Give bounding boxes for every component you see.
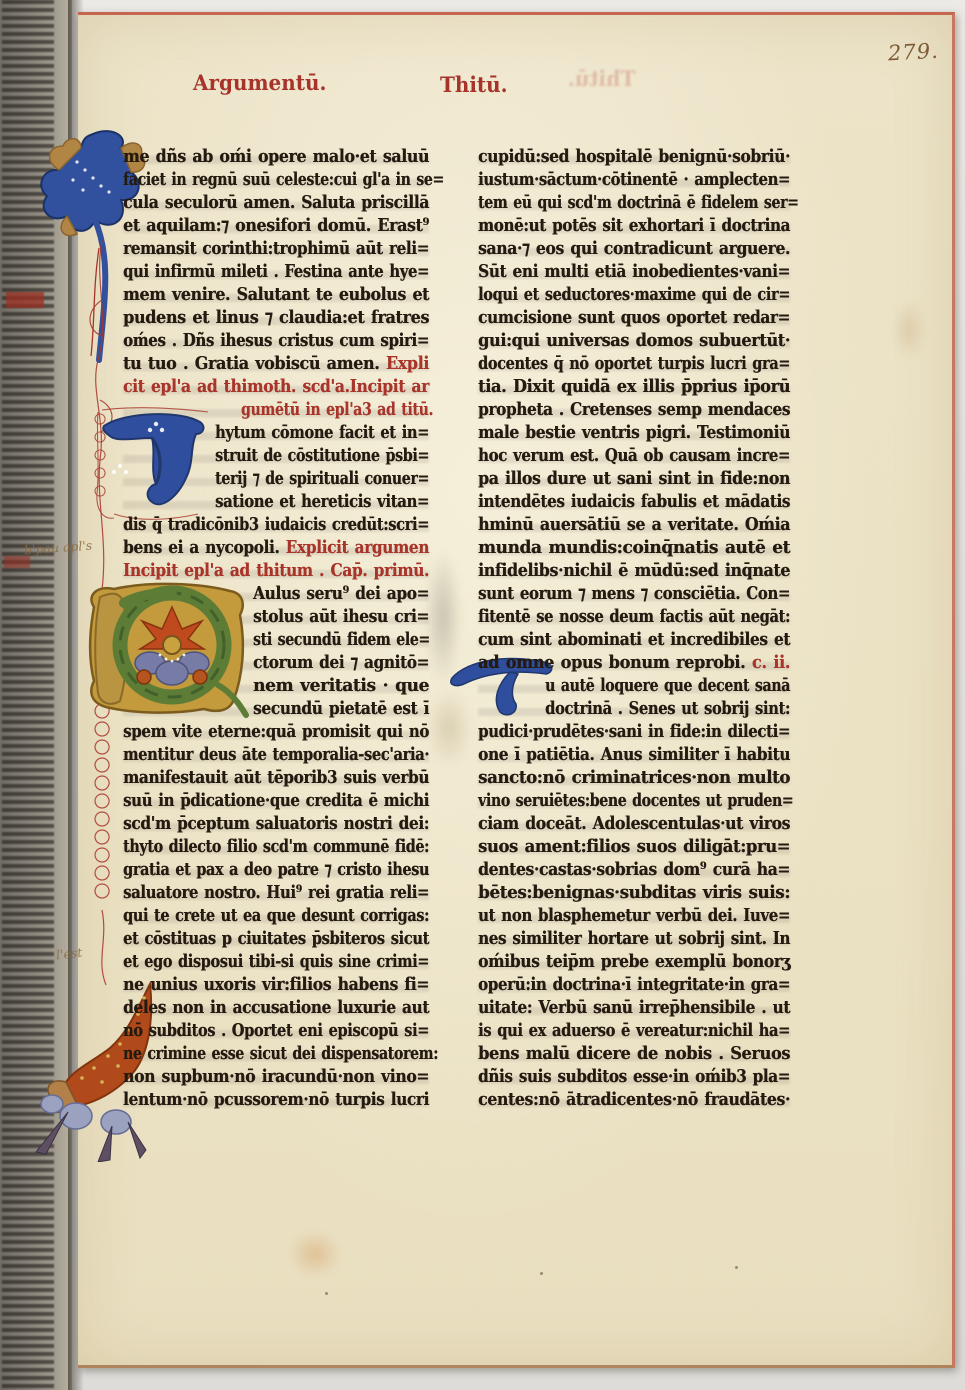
body-text: centes:nō ātradicentes·nō fraudātes· <box>478 1089 790 1110</box>
text-line: Sūt eni multi etiā inobedientes·vani= <box>478 260 790 283</box>
text-line: intendētes iudaicis fabulis et mādatis <box>478 490 790 513</box>
text-line: uitate: Verbū sanū irrep̄hensibile . ut <box>478 996 790 1019</box>
body-text: infidelibs·nichil ē mūdū:sed inq̄nate <box>478 560 790 581</box>
body-text: vino seruiētes:bene docentes ut pruden= <box>478 790 793 811</box>
body-text: doctrinā . Senes ut sobrij sint: <box>545 698 790 719</box>
text-line: me dñs ab oḿi opere malo·et saluū <box>123 145 429 168</box>
ink-speck <box>325 1292 328 1295</box>
body-text: nō subditos . Oportet eni episcopū si= <box>123 1020 429 1041</box>
body-text: Aulus seru⁹ dei apo= <box>253 583 429 604</box>
text-line: ut non blasphemetur verbū dei. Iuve= <box>478 904 790 927</box>
text-column-2: cupidū:sed hospitalē benignū·sobriū·iust… <box>478 145 790 1111</box>
rubric-text: Explicit argumen <box>286 537 429 558</box>
text-line: dis q̄ tradicōnib3 iudaicis credūt:scri= <box>123 513 429 536</box>
text-line: iustum·sāctum·cōtinentē · amplecten= <box>478 168 790 191</box>
body-text: et aquilam:⁊ onesifori domū. Erast⁹ <box>123 215 429 236</box>
body-text: loqui et seductores·maxime qui de cir= <box>478 284 790 305</box>
text-line: cumcisione sunt quos oportet redar= <box>478 306 790 329</box>
text-line: tem eū qui scd'm doctrinā ē fidelem ser= <box>478 191 790 214</box>
text-line: sana·⁊ eos qui contradicunt arguere. <box>478 237 790 260</box>
body-text: remansit corinthi:trophimū aūt reli= <box>123 238 429 259</box>
text-line: scd'm p̄ceptum saluatoris nostri dei: <box>123 812 429 835</box>
folio-number: 279. <box>887 39 939 66</box>
body-text: pudici·prudētes·sani in fide:in dilecti= <box>478 721 790 742</box>
body-text: satione et hereticis vitan= <box>215 491 429 512</box>
body-text: scd'm p̄ceptum saluatoris nostri dei: <box>123 813 429 834</box>
text-line: non supbum·nō iracundū·non vino= <box>123 1065 429 1088</box>
body-text: ciam doceāt. Adolescentulas·ut viros <box>478 813 790 834</box>
body-text: manifestauit aūt tēporib3 suis verbū <box>123 767 429 788</box>
text-line: cit epl'a ad thimoth. scd'a.Incipit ar <box>123 375 429 398</box>
text-line: stolus aūt ihesu cri= <box>123 605 429 628</box>
text-line: hminū auersātiū se a veritate. Oḿia <box>478 513 790 536</box>
body-text: munda mundis:coinq̄natis autē et <box>478 537 790 558</box>
body-text: bens malū dicere de nobis . Seruos <box>478 1043 790 1064</box>
body-text: tia. Dixit quidā ex illis p̄prius ip̄orū <box>478 376 790 397</box>
text-line: nes similiter hortare ut sobrij sint. In <box>478 927 790 950</box>
text-line: Incipit epl'a ad thitum . Cap̄. primū. <box>123 559 429 582</box>
text-line: Aulus seru⁹ dei apo= <box>123 582 429 605</box>
text-line: tu tuo . Gratia vobiscū amen. Expli <box>123 352 429 375</box>
body-text: lentum·nō pcussorem·nō turpis lucri <box>123 1089 429 1110</box>
text-line: propheta . Cretenses semp mendaces <box>478 398 790 421</box>
body-text: qui te crete ut ea que desunt corrigas: <box>123 905 429 926</box>
body-text: is qui ex aduerso ē vereatur:nichil ha= <box>478 1020 790 1041</box>
body-text: gratia et pax a deo patre ⁊ cristo ihesu <box>123 859 429 880</box>
running-header-showthrough: Thitū. <box>568 66 636 91</box>
body-text: male bestie ventris pigri. Testimoniū <box>478 422 790 443</box>
text-line: centes:nō ātradicentes·nō fraudātes· <box>478 1088 790 1111</box>
rubric-text: Expli <box>386 353 429 374</box>
body-text: monē:ut potēs sit exhortari ī doctrina <box>478 215 790 236</box>
body-text: dentes·castas·sobrias dom⁹ curā ha= <box>478 859 790 880</box>
running-header-titus: Thitū. <box>440 72 508 97</box>
text-line: spem vite eterne:quā promisit qui nō <box>123 720 429 743</box>
text-line: qui te crete ut ea que desunt corrigas: <box>123 904 429 927</box>
body-text: saluatore nostro. Hui⁹ rei gratia reli= <box>123 882 429 903</box>
text-line: fitentē se nosse deum factis aūt negāt: <box>478 605 790 628</box>
text-line: oḿibus teip̄m prebe exemplū bonorʒ <box>478 950 790 973</box>
text-line: terij ⁊ de spirituali conuer= <box>123 467 429 490</box>
text-line: bētes:benignas·subditas viris suis: <box>478 881 790 904</box>
text-line: cupidū:sed hospitalē benignū·sobriū· <box>478 145 790 168</box>
body-text: cum sint abominati et incredibiles et <box>478 629 790 650</box>
body-text: ad omne opus bonum reprobi. <box>478 652 745 673</box>
body-text: et cōstituas p ciuitates p̄sbiteros sicu… <box>123 928 429 949</box>
body-text: mentitur deus āte temporalia-sec'aria· <box>123 744 429 765</box>
text-line: et aquilam:⁊ onesifori domū. Erast⁹ <box>123 214 429 237</box>
body-text: hoc verum est. Quā ob causam incre= <box>478 445 790 466</box>
text-line: cum sint abominati et incredibiles et <box>478 628 790 651</box>
text-line: faciet in regnū suū celeste:cui gl'a in … <box>123 168 429 191</box>
body-text: iustum·sāctum·cōtinentē · amplecten= <box>478 169 790 190</box>
text-line: sti secundū fidem ele= <box>123 628 429 651</box>
text-line: munda mundis:coinq̄natis autē et <box>478 536 790 559</box>
body-text: me dñs ab oḿi opere malo·et saluū <box>123 146 429 167</box>
text-line: ne unius uxoris vir:filios habens fi= <box>123 973 429 996</box>
body-text: oḿibus teip̄m prebe exemplū bonorʒ <box>478 951 790 972</box>
rubric-text: c. ii. <box>745 652 790 673</box>
body-text: struit de cōstitutione p̄sbi= <box>215 445 429 466</box>
rubric-text: cit epl'a ad thimoth. scd'a.Incipit ar <box>123 376 429 397</box>
text-line: mentitur deus āte temporalia-sec'aria· <box>123 743 429 766</box>
body-text: sti secundū fidem ele= <box>253 629 430 650</box>
text-line: ad omne opus bonum reprobi. c. ii. <box>478 651 790 674</box>
body-text: et ego disposui tibi-si quis sine crimi= <box>123 951 429 972</box>
text-line: manifestauit aūt tēporib3 suis verbū <box>123 766 429 789</box>
body-text: thyto dilecto filio scd'm communē fidē: <box>123 836 429 857</box>
text-line: pudici·prudētes·sani in fide:in dilecti= <box>478 720 790 743</box>
text-line: suos ament:filios suos diligāt:pru= <box>478 835 790 858</box>
text-line: gratia et pax a deo patre ⁊ cristo ihesu <box>123 858 429 881</box>
body-text: faciet in regnū suū celeste:cui gl'a in … <box>123 169 444 190</box>
text-line: deles non in accusatione luxurie aut <box>123 996 429 1019</box>
text-line: qui infirmū mileti . Festina ante hye= <box>123 260 429 283</box>
text-column-1: me dñs ab oḿi opere malo·et saluūfaciet … <box>123 145 429 1111</box>
running-header-argumentum: Argumentū. <box>193 70 326 95</box>
text-line: nem veritatis · que <box>123 674 429 697</box>
body-text: mem venire. Salutant te eubolus et <box>123 284 429 305</box>
body-text: docentes q̄ nō oportet turpis lucri gra= <box>478 353 790 374</box>
body-text: propheta . Cretenses semp mendaces <box>478 399 790 420</box>
text-line: doctrinā . Senes ut sobrij sint: <box>478 697 790 720</box>
text-line: operū:in doctrina·ī integritate·in gra= <box>478 973 790 996</box>
body-text: sunt eorum ⁊ mens ⁊ consciētia. Con= <box>478 583 790 604</box>
body-text: ctorum dei ⁊ agnitō= <box>253 652 429 673</box>
text-line: secundū pietatē est ī <box>123 697 429 720</box>
text-line: struit de cōstitutione p̄sbi= <box>123 444 429 467</box>
text-line: et ego disposui tibi-si quis sine crimi= <box>123 950 429 973</box>
text-line: pudens et linus ⁊ claudia:et fratres <box>123 306 429 329</box>
text-line: u autē loquere que decent sanā <box>478 674 790 697</box>
text-line: ciam doceāt. Adolescentulas·ut viros <box>478 812 790 835</box>
body-text: bens ei a nycopoli. <box>123 537 286 558</box>
text-line: is qui ex aduerso ē vereatur:nichil ha= <box>478 1019 790 1042</box>
text-line: loqui et seductores·maxime qui de cir= <box>478 283 790 306</box>
text-line: remansit corinthi:trophimū aūt reli= <box>123 237 429 260</box>
text-line: one ī patiētia. Anus similiter ī habitu <box>478 743 790 766</box>
body-text: operū:in doctrina·ī integritate·in gra= <box>478 974 790 995</box>
rubric-text: gumētū in epl'a3 ad titū. <box>241 399 433 420</box>
body-text: dis q̄ tradicōnib3 iudaicis credūt:scri= <box>123 514 429 535</box>
text-line: male bestie ventris pigri. Testimoniū <box>478 421 790 444</box>
text-line: dentes·castas·sobrias dom⁹ curā ha= <box>478 858 790 881</box>
text-line: bens ei a nycopoli. Explicit argumen <box>123 536 429 559</box>
text-line: nō subditos . Oportet eni episcopū si= <box>123 1019 429 1042</box>
body-text: non supbum·nō iracundū·non vino= <box>123 1066 429 1087</box>
text-line: docentes q̄ nō oportet turpis lucri gra= <box>478 352 790 375</box>
manuscript-photo: 279. Argumentū. Thitū. Thitū. <box>0 0 965 1390</box>
body-text: nem veritatis · que <box>253 675 429 696</box>
text-line: lentum·nō pcussorem·nō turpis lucri <box>123 1088 429 1111</box>
text-line: hoc verum est. Quā ob causam incre= <box>478 444 790 467</box>
text-line: cula seculorū amen. Saluta priscillā <box>123 191 429 214</box>
body-text: pa illos dure ut sani sint in fide:non <box>478 468 790 489</box>
text-line: saluatore nostro. Hui⁹ rei gratia reli= <box>123 881 429 904</box>
text-line: bens malū dicere de nobis . Seruos <box>478 1042 790 1065</box>
text-line: ctorum dei ⁊ agnitō= <box>123 651 429 674</box>
body-text: u autē loquere que decent sanā <box>545 675 790 696</box>
body-text: deles non in accusatione luxurie aut <box>123 997 429 1018</box>
text-line: sunt eorum ⁊ mens ⁊ consciētia. Con= <box>478 582 790 605</box>
text-line: et cōstituas p ciuitates p̄sbiteros sicu… <box>123 927 429 950</box>
ink-speck <box>540 1272 543 1275</box>
body-text: ut non blasphemetur verbū dei. Iuve= <box>478 905 790 926</box>
body-text: tem eū qui scd'm doctrinā ē fidelem ser= <box>478 192 799 213</box>
body-text: nes similiter hortare ut sobrij sint. In <box>478 928 790 949</box>
body-text: tu tuo . Gratia vobiscū amen. <box>123 353 386 374</box>
text-line: vino seruiētes:bene docentes ut pruden= <box>478 789 790 812</box>
text-line: dñis suis subditos esse·in oḿib3 pla= <box>478 1065 790 1088</box>
body-text: oḿes . Dñs ihesus cristus cum spiri= <box>123 330 429 351</box>
body-text: intendētes iudaicis fabulis et mādatis <box>478 491 790 512</box>
body-text: hytum cōmone facit et in= <box>215 422 429 443</box>
body-text: cula seculorū amen. Saluta priscillā <box>123 192 429 213</box>
body-text: qui infirmū mileti . Festina ante hye= <box>123 261 429 282</box>
body-text: uitate: Verbū sanū irrep̄hensibile . ut <box>478 997 790 1018</box>
body-text: bētes:benignas·subditas viris suis: <box>478 882 790 903</box>
text-line: suū in p̄dicatione·que credita ē michi <box>123 789 429 812</box>
ink-speck <box>735 1266 738 1269</box>
body-text: stolus aūt ihesu cri= <box>253 606 429 627</box>
facing-page-rubric-mark <box>4 556 30 568</box>
text-line: infidelibs·nichil ē mūdū:sed inq̄nate <box>478 559 790 582</box>
body-text: gui:qui universas domos subuertūt· <box>478 330 790 351</box>
body-text: ne crimine esse sicut dei dispensatorem: <box>123 1043 438 1064</box>
body-text: terij ⁊ de spirituali conuer= <box>215 468 429 489</box>
margin-note-2: l'est <box>55 945 83 963</box>
body-text: fitentē se nosse deum factis aūt negāt: <box>478 606 790 627</box>
text-line: ne crimine esse sicut dei dispensatorem: <box>123 1042 429 1065</box>
text-line: gumētū in epl'a3 ad titū. <box>123 398 429 421</box>
body-text: sancto:nō criminatrices·non multo <box>478 767 790 788</box>
text-line: pa illos dure ut sani sint in fide:non <box>478 467 790 490</box>
text-line: monē:ut potēs sit exhortari ī doctrina <box>478 214 790 237</box>
body-text: secundū pietatē est ī <box>253 698 429 719</box>
text-line: tia. Dixit quidā ex illis p̄prius ip̄orū <box>478 375 790 398</box>
body-text: spem vite eterne:quā promisit qui nō <box>123 721 429 742</box>
text-line: sancto:nō criminatrices·non multo <box>478 766 790 789</box>
rubric-text: Incipit epl'a ad thitum . Cap̄. primū. <box>123 560 429 581</box>
body-text: pudens et linus ⁊ claudia:et fratres <box>123 307 429 328</box>
text-line: hytum cōmone facit et in= <box>123 421 429 444</box>
text-line: satione et hereticis vitan= <box>123 490 429 513</box>
text-line: gui:qui universas domos subuertūt· <box>478 329 790 352</box>
text-line: mem venire. Salutant te eubolus et <box>123 283 429 306</box>
body-text: suū in p̄dicatione·que credita ē michi <box>123 790 429 811</box>
body-text: cupidū:sed hospitalē benignū·sobriū· <box>478 146 790 167</box>
text-line: thyto dilecto filio scd'm communē fidē: <box>123 835 429 858</box>
body-text: cumcisione sunt quos oportet redar= <box>478 307 790 328</box>
body-text: hminū auersātiū se a veritate. Oḿia <box>478 514 790 535</box>
body-text: ne unius uxoris vir:filios habens fi= <box>123 974 429 995</box>
body-text: Sūt eni multi etiā inobedientes·vani= <box>478 261 790 282</box>
body-text: one ī patiētia. Anus similiter ī habitu <box>478 744 790 765</box>
body-text: sana·⁊ eos qui contradicunt arguere. <box>478 238 790 259</box>
body-text: dñis suis subditos esse·in oḿib3 pla= <box>478 1066 790 1087</box>
text-line: oḿes . Dñs ihesus cristus cum spiri= <box>123 329 429 352</box>
body-text: suos ament:filios suos diligāt:pru= <box>478 836 790 857</box>
